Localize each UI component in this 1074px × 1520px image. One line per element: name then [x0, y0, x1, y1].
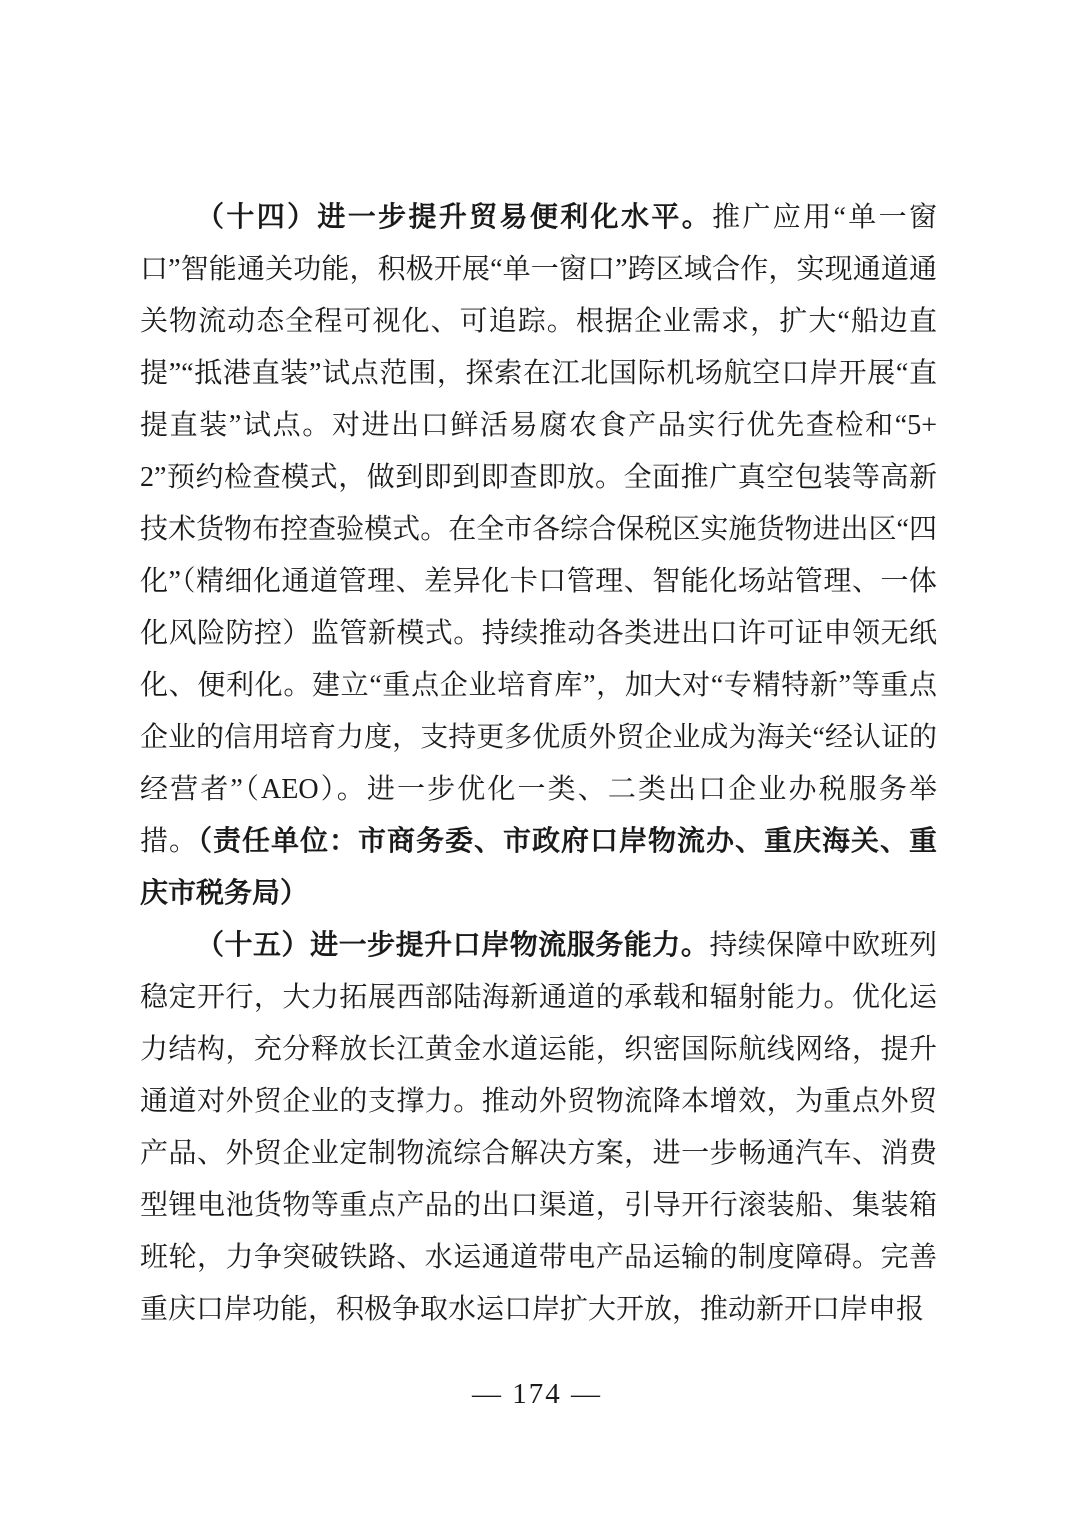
section-14-responsible-units: （责任单位：市商务委、市政府口岸物流办、重庆海关、重庆市税务局） [140, 826, 937, 909]
section-14-body-text: 推广应用“单一窗口”智能通关功能，积极开展“单一窗口”跨区域合作，实现通道通关物… [140, 202, 937, 857]
paragraph-section-14: （十四）进一步提升贸易便利化水平。推广应用“单一窗口”智能通关功能，积极开展“单… [140, 192, 937, 920]
section-15-body-text: 持续保障中欧班列稳定开行，大力拓展西部陆海新通道的承载和辐射能力。优化运力结构，… [140, 930, 937, 1325]
section-15-heading: （十五）进一步提升口岸物流服务能力。 [196, 930, 709, 961]
document-body: （十四）进一步提升贸易便利化水平。推广应用“单一窗口”智能通关功能，积极开展“单… [140, 192, 937, 1336]
document-page: （十四）进一步提升贸易便利化水平。推广应用“单一窗口”智能通关功能，积极开展“单… [0, 0, 1074, 1520]
page-number: — 174 — [0, 1378, 1074, 1411]
section-14-heading: （十四）进一步提升贸易便利化水平。 [196, 202, 712, 233]
paragraph-section-15: （十五）进一步提升口岸物流服务能力。持续保障中欧班列稳定开行，大力拓展西部陆海新… [140, 920, 937, 1336]
